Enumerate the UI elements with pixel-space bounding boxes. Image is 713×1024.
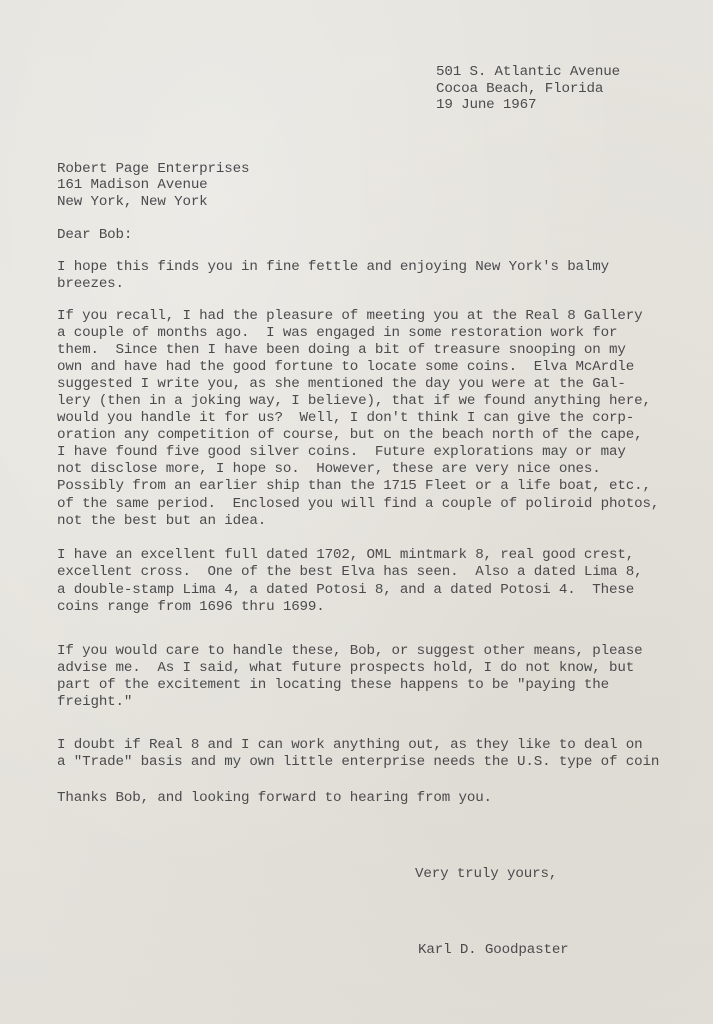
sender-city: Cocoa Beach, Florida: [436, 81, 603, 98]
text-line: not disclose more, I hope so. However, t…: [57, 461, 601, 478]
text-line: If you would care to handle these, Bob, …: [57, 643, 642, 660]
signature-name: Karl D. Goodpaster: [418, 942, 569, 959]
complimentary-close: Very truly yours,: [415, 866, 557, 883]
text-line: of the same period. Enclosed you will fi…: [57, 496, 659, 513]
text-line: a "Trade" basis and my own little enterp…: [57, 754, 659, 771]
text-line: If you recall, I had the pleasure of mee…: [57, 308, 642, 325]
text-line: I hope this finds you in fine fettle and…: [57, 259, 609, 276]
text-line: lery (then in a joking way, I believe), …: [57, 393, 651, 410]
text-line: suggested I write you, as she mentioned …: [57, 376, 626, 393]
text-line: not the best but an idea.: [57, 513, 266, 530]
recipient-city: New York, New York: [57, 194, 208, 211]
letter-date: 19 June 1967: [436, 97, 536, 114]
recipient-name: Robert Page Enterprises: [57, 161, 249, 178]
text-line: freight.": [57, 694, 132, 711]
text-line: part of the excitement in locating these…: [57, 677, 609, 694]
text-line: own and have had the good fortune to loc…: [57, 359, 634, 376]
text-line: breezes.: [57, 276, 124, 293]
recipient-street: 161 Madison Avenue: [57, 177, 208, 194]
sender-street: 501 S. Atlantic Avenue: [436, 64, 620, 81]
text-line: Thanks Bob, and looking forward to heari…: [57, 790, 492, 807]
text-line: Possibly from an earlier ship than the 1…: [57, 478, 651, 495]
salutation: Dear Bob:: [57, 227, 132, 244]
typewritten-letter-page: 501 S. Atlantic Avenue Cocoa Beach, Flor…: [0, 0, 713, 1024]
text-line: I have found five good silver coins. Fut…: [57, 444, 626, 461]
text-line: I have an excellent full dated 1702, OML…: [57, 547, 634, 564]
text-line: a double-stamp Lima 4, a dated Potosi 8,…: [57, 582, 634, 599]
text-line: them. Since then I have been doing a bit…: [57, 342, 626, 359]
text-line: oration any competition of course, but o…: [57, 427, 642, 444]
text-line: would you handle it for us? Well, I don'…: [57, 410, 634, 427]
text-line: excellent cross. One of the best Elva ha…: [57, 564, 642, 581]
text-line: coins range from 1696 thru 1699.: [57, 599, 325, 616]
text-line: a couple of months ago. I was engaged in…: [57, 325, 617, 342]
text-line: I doubt if Real 8 and I can work anythin…: [57, 737, 642, 754]
text-line: advise me. As I said, what future prospe…: [57, 660, 634, 677]
